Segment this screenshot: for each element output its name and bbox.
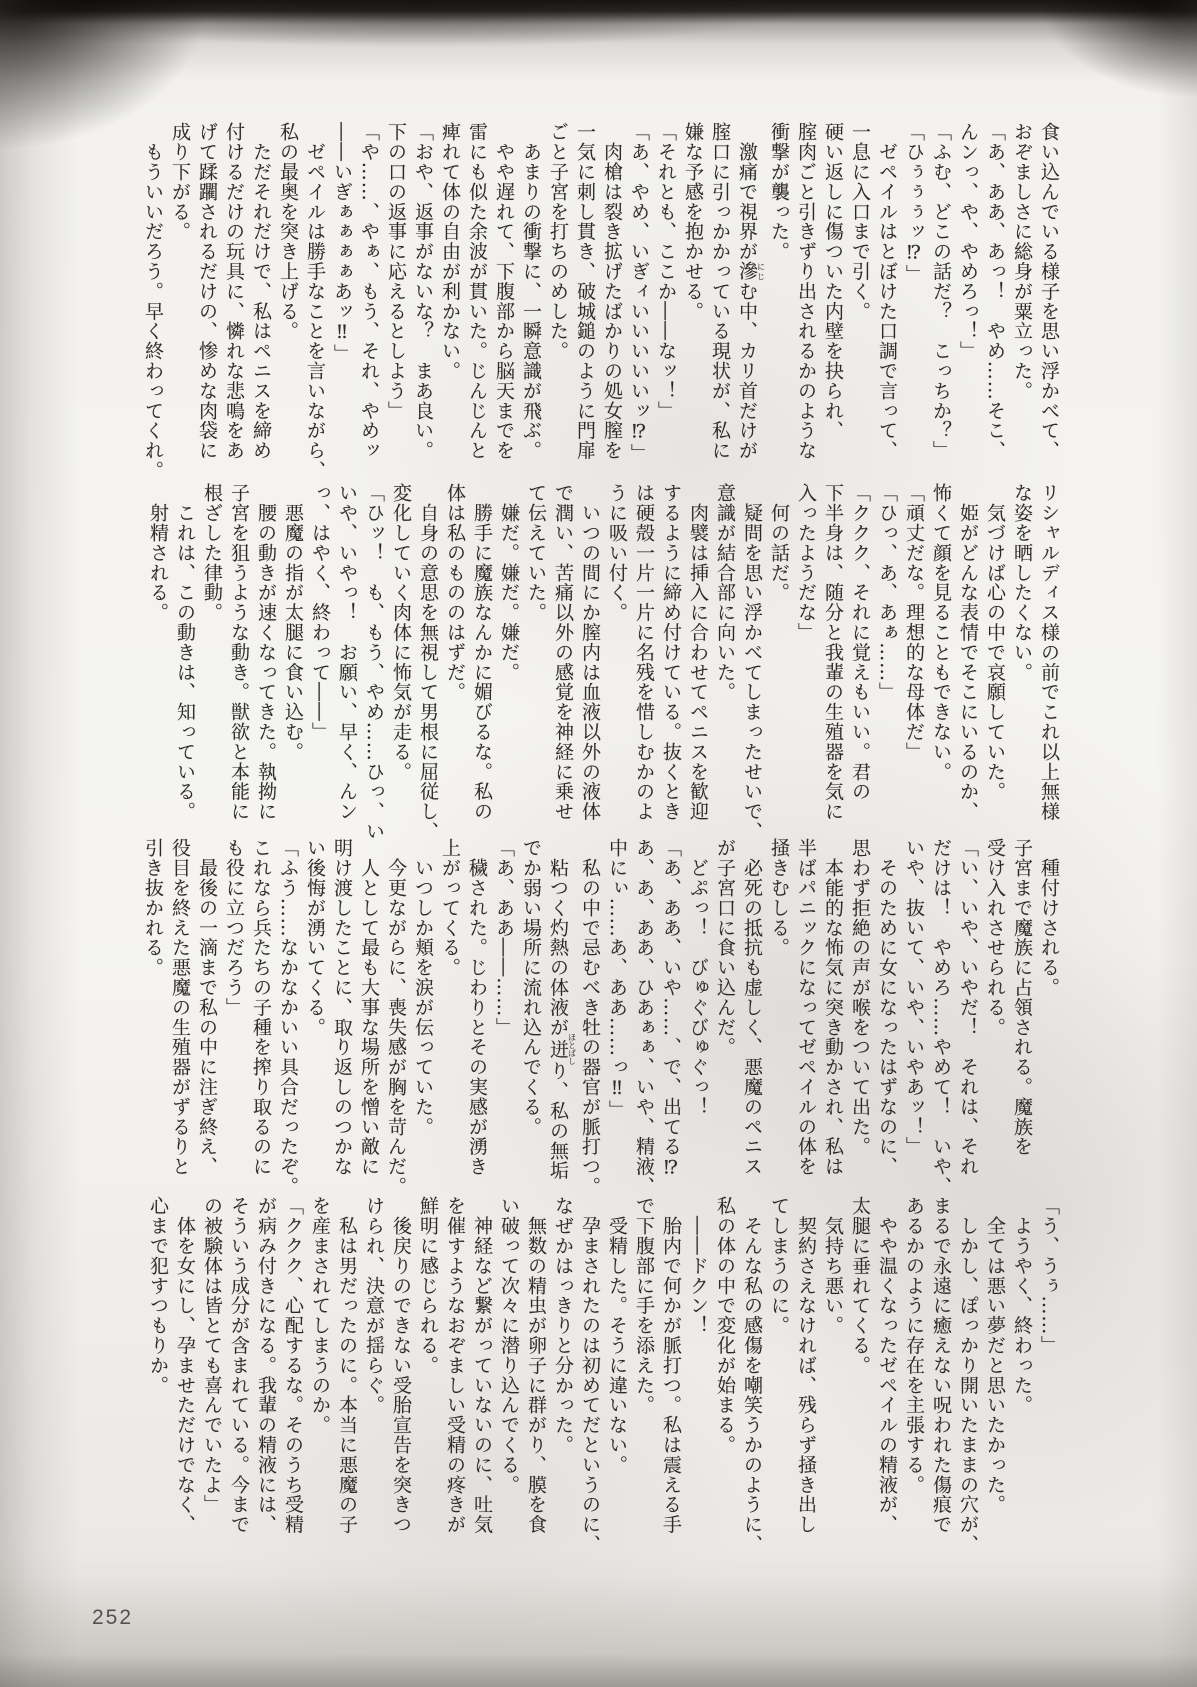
text-column: 気づけば心の中で哀願していた。 <box>981 483 1008 845</box>
text-column: ようやく、終わった。 <box>1008 1196 1035 1558</box>
text-column: 「ふむ、どこの話だ？ こっちか？」 <box>927 122 954 484</box>
text-column: なぜかはっきりと分かった。 <box>549 1196 576 1558</box>
text-column: っ、はやく、終わって――」 <box>306 483 333 845</box>
text-column: ごと子宮を打ちのめした。 <box>544 122 571 484</box>
text-column: 「ひっ、あ、あぁ……」 <box>873 483 900 845</box>
text-column: 「い、いや、いやだ！ それは、それ <box>954 838 981 1200</box>
text-column: で潤い、苦痛以外の感覚を神経に乗せ <box>549 483 576 845</box>
text-column: 何の話だ。 <box>765 483 792 845</box>
text-column: いつしか頬を涙が伝っていた。 <box>409 838 436 1200</box>
text-band-1: 食い込んでいる様子を思い浮かべて、おぞましさに総身が粟立った。「あ、ああ、あっ！… <box>140 122 1062 484</box>
text-column: だけは！ やめろ……やめて！ いや、 <box>927 838 954 1200</box>
text-column: げて蹂躙されるだけの、惨めな肉袋に <box>193 122 220 484</box>
text-column: を産まされてしまうのか。 <box>306 1196 333 1558</box>
text-column: 変化していく肉体に怖気が走る。 <box>387 483 414 845</box>
text-column: な姿を晒したくない。 <box>1008 483 1035 845</box>
text-column: 最後の一滴まで私の中に注ぎ終え、 <box>193 838 220 1200</box>
text-column: 嫌だ。嫌だ。嫌だ。 <box>495 483 522 845</box>
text-column: 「ひッ！ も、もう、やめ……ひっ、い <box>360 483 387 845</box>
page-number: 252 <box>92 1606 133 1630</box>
text-column: 私の最奥を突き上げる。 <box>274 122 301 484</box>
text-column: 子宮を狙うような動き。獣欲と本能に <box>225 483 252 845</box>
text-column: 肉槍は裂き拡げたばかりの処女膣を <box>598 122 625 484</box>
text-column: ――ドクン！ <box>684 1196 711 1558</box>
text-column: 穢された。じわりとその実感が湧き <box>463 838 490 1200</box>
text-column: あ、あ、ああ、ひあぁぁ、いや、精液、 <box>630 838 657 1200</box>
text-column: するように締め付けている。抜くとき <box>657 483 684 845</box>
text-column: 「や……、やぁ、もう、それ、やめッ <box>355 122 382 484</box>
text-column: 必死の抵抗も虚しく、悪魔のペニス <box>738 838 765 1200</box>
book-page: { "page": { "number": "252" }, "bands": … <box>0 0 1197 1687</box>
page-left-shadow <box>0 0 90 1687</box>
text-column: 本能的な怖気に突き動かされ、私は <box>819 838 846 1200</box>
text-column: 後戻りのできない受胎宣告を突きつ <box>387 1196 414 1558</box>
text-column: 硬い返しに傷ついた内壁を抉られ、 <box>819 122 846 484</box>
text-column: 姫がどんな表情でそこにいるのか、 <box>954 483 981 845</box>
text-column: 受精した。そうに違いない。 <box>603 1196 630 1558</box>
text-column: これなら兵たちの子種を搾り取るのに <box>247 838 274 1200</box>
text-column: 人として最も大事な場所を憎い敵に <box>355 838 382 1200</box>
text-column: 太腿に垂れてくる。 <box>846 1196 873 1558</box>
text-column: うに吸い付く。 <box>603 483 630 845</box>
text-column: でか弱い場所に流れ込んでくる。 <box>517 838 544 1200</box>
text-column: て伝えていた。 <box>522 483 549 845</box>
text-column: 心まで犯すつもりか。 <box>144 1196 171 1558</box>
text-column: 「ひぅぅぅッ⁉」 <box>900 122 927 484</box>
text-column: 思わず拒絶の声が喉をついて出た。 <box>846 838 873 1200</box>
text-column: そんな私の感傷を嘲笑うかのように、 <box>738 1196 765 1558</box>
text-column: 気持ち悪い。 <box>819 1196 846 1558</box>
text-column: 入ったようだな」 <box>792 483 819 845</box>
text-column: リシャルディス様の前でこれ以上無様 <box>1035 483 1062 845</box>
text-column: 役目を終えた悪魔の生殖器がずるりと <box>166 838 193 1200</box>
text-column: 射精される。 <box>144 483 171 845</box>
text-column: 「う、うぅ……」 <box>1035 1196 1062 1558</box>
text-column: 全ては悪い夢だと思いたかった。 <box>981 1196 1008 1558</box>
text-column: 食い込んでいる様子を思い浮かべて、 <box>1035 122 1062 484</box>
text-column: で下腹部に手を添えた。 <box>630 1196 657 1558</box>
text-column: そのために女になったはずなのに、 <box>873 838 900 1200</box>
text-column: 疑問を思い浮かべてしまったせいで、 <box>738 483 765 845</box>
text-column: 半ばパニックになってゼペイルの体を <box>792 838 819 1200</box>
text-column: 明け渡したことに、取り返しのつかな <box>328 838 355 1200</box>
text-column: やや温くなったゼペイルの精液が、 <box>873 1196 900 1558</box>
text-column: 掻きむしる。 <box>765 838 792 1200</box>
text-column: 体は私のもののはずだ。 <box>441 483 468 845</box>
text-column: 一息に入口まで引く。 <box>846 122 873 484</box>
text-column: ゼペイルは勝手なことを言いながら、 <box>301 122 328 484</box>
text-column: 「おや、返事がないな？ まあ良い。 <box>409 122 436 484</box>
text-column: 「ふう……なかなかいい具合だったぞ。 <box>274 838 301 1200</box>
text-column: が病み付きになる。我輩の精液には、 <box>252 1196 279 1558</box>
text-column: おぞましさに総身が粟立った。 <box>1008 122 1035 484</box>
text-column: いや、いやっ！ お願い、早く、んン <box>333 483 360 845</box>
text-column: そういう成分が含まれている。今まで <box>225 1196 252 1558</box>
text-column: ゼペイルはとぼけた口調で言って、 <box>873 122 900 484</box>
text-column: 私の体の中で変化が始まる。 <box>711 1196 738 1558</box>
text-column: 胎内で何かが脈打つ。私は震える手 <box>657 1196 684 1558</box>
text-column: 嫌な予感を抱かせる。 <box>679 122 706 484</box>
text-column: 下の口の返事に応えるとしよう」 <box>382 122 409 484</box>
text-column: あるかのように存在を主張する。 <box>900 1196 927 1558</box>
text-column: い破って次々に潜り込んでくる。 <box>495 1196 522 1558</box>
text-column: 受け入れさせられる。 <box>981 838 1008 1200</box>
text-column: 「ククク、心配するな。そのうち受精 <box>279 1196 306 1558</box>
text-column: の被験体は皆とても喜んでいたよ」 <box>198 1196 225 1558</box>
text-column: 根ざした律動。 <box>198 483 225 845</box>
text-band-4: 「う、うぅ……」 ようやく、終わった。 全ては悪い夢だと思いたかった。 しかし、… <box>140 1196 1062 1558</box>
text-column: 衝撃が襲った。 <box>765 122 792 484</box>
text-column: 「ククク、それに覚えもいい。君の <box>846 483 873 845</box>
text-column: 私の中で忌むべき牡の器官が脈打つ。 <box>576 838 603 1200</box>
text-column: い後悔が湧いてくる。 <box>301 838 328 1200</box>
text-band-3: 種付けされる。子宮まで魔族に占領される。魔族を受け入れさせられる。「い、いや、い… <box>140 838 1062 1200</box>
text-column: 腰の動きが速くなってきた。執拗に <box>252 483 279 845</box>
text-column: 勝手に魔族なんかに媚びるな。私の <box>468 483 495 845</box>
text-column: 契約さえなければ、残らず掻き出し <box>792 1196 819 1558</box>
text-column: 上がってくる。 <box>436 838 463 1200</box>
text-column: いや、抜いて、いや、いやあッ！」 <box>900 838 927 1200</box>
text-band-2: リシャルディス様の前でこれ以上無様な姿を晒したくない。 気づけば心の中で哀願して… <box>140 483 1062 845</box>
text-column: まるで永遠に癒えない呪われた傷痕で <box>927 1196 954 1558</box>
text-column: 雷にも似た余波が貫いた。じんじんと <box>463 122 490 484</box>
text-column: てしまうのに。 <box>765 1196 792 1558</box>
text-column: 付けるだけの玩具に、憐れな悲鳴をあ <box>220 122 247 484</box>
text-column: 腟肉ごと引きずり出されるかのような <box>792 122 819 484</box>
text-column: あまりの衝撃に、一瞬意識が飛ぶ。 <box>517 122 544 484</box>
text-column: 体を女にし、孕ませただけでなく、 <box>171 1196 198 1558</box>
text-column: けられ、決意が揺らぐ。 <box>360 1196 387 1558</box>
text-column: いつの間にか膣内は血液以外の液体 <box>576 483 603 845</box>
text-column: も役に立つだろう」 <box>220 838 247 1200</box>
page-bottom-shadow <box>0 1567 1197 1687</box>
text-column: やや遅れて、下腹部から脳天までを <box>490 122 517 484</box>
text-column: 無数の精虫が卵子に群がり、膜を食 <box>522 1196 549 1558</box>
text-column: んンっ、や、やめろっ！」 <box>954 122 981 484</box>
text-column: ――いぎぁぁぁぁあッ‼」 <box>328 122 355 484</box>
text-column: 悪魔の指が太腿に食い込む。 <box>279 483 306 845</box>
text-column: 種付けされる。 <box>1035 838 1062 1200</box>
text-column: 自身の意思を無視して男根に屈従し、 <box>414 483 441 845</box>
text-column: 「それとも、ここか――なッ！」 <box>652 122 679 484</box>
text-column: 今更ながらに、喪失感が胸を苛んだ。 <box>382 838 409 1200</box>
text-column: 子宮まで魔族に占領される。魔族を <box>1008 838 1035 1200</box>
text-column: 鮮明に感じられる。 <box>414 1196 441 1558</box>
page-right-shadow <box>1157 0 1197 1687</box>
text-column: ただそれだけで、私はペニスを締め <box>247 122 274 484</box>
text-column: 激痛で視界が滲にじむ中、カリ首だけが <box>733 122 765 484</box>
text-column: 「あ、ああ、あっ！ やめ……そこ、 <box>981 122 1008 484</box>
text-column: 粘つく灼熱の体液が迸ほとばしり、私の無垢 <box>544 838 576 1200</box>
text-column: 怖くて顔を見ることもできない。 <box>927 483 954 845</box>
text-column: 引き抜かれる。 <box>139 838 166 1200</box>
text-column: 成り下がる。 <box>166 122 193 484</box>
text-column: 腟口に引っかかっている現状が、私に <box>706 122 733 484</box>
text-column: を催すようなおぞましい受精の疼きが <box>441 1196 468 1558</box>
text-column: 「あ、ああ――……」 <box>490 838 517 1200</box>
text-column: 孕まされたのは初めてだというのに、 <box>576 1196 603 1558</box>
text-column: 「頑丈だな。理想的な母体だ」 <box>900 483 927 845</box>
text-column: これは、この動きは、知っている。 <box>171 483 198 845</box>
text-column: 肉襞は挿入に合わせてペニスを歓迎 <box>684 483 711 845</box>
text-column: 私は男だったのに。本当に悪魔の子 <box>333 1196 360 1558</box>
text-column: 意識が結合部に向いた。 <box>711 483 738 845</box>
text-column: 一気に刺し貫き、破城鎚のように門扉 <box>571 122 598 484</box>
text-column: しかし、ぽっかり開いたままの穴が、 <box>954 1196 981 1558</box>
text-column: 「あ、やめ、いぎィいいいいいッ⁉」 <box>625 122 652 484</box>
text-column: 「あ、ああ、いや……、で、出てる⁉ <box>657 838 684 1200</box>
text-column: 神経など繋がっていないのに、吐気 <box>468 1196 495 1558</box>
text-column: どぷっ！ びゅぐびゅぐっ！ <box>684 838 711 1200</box>
text-column: は硬殻一片一片に名残を惜しむかのよ <box>630 483 657 845</box>
text-column: 下半身は、随分と我輩の生殖器を気に <box>819 483 846 845</box>
text-column: が子宮口に食い込んだ。 <box>711 838 738 1200</box>
text-column: もういいだろう。早く終わってくれ。 <box>139 122 166 484</box>
text-column: 痺れて体の自由が利かない。 <box>436 122 463 484</box>
text-column: 中にぃ……あ、ああ……っ‼」 <box>603 838 630 1200</box>
